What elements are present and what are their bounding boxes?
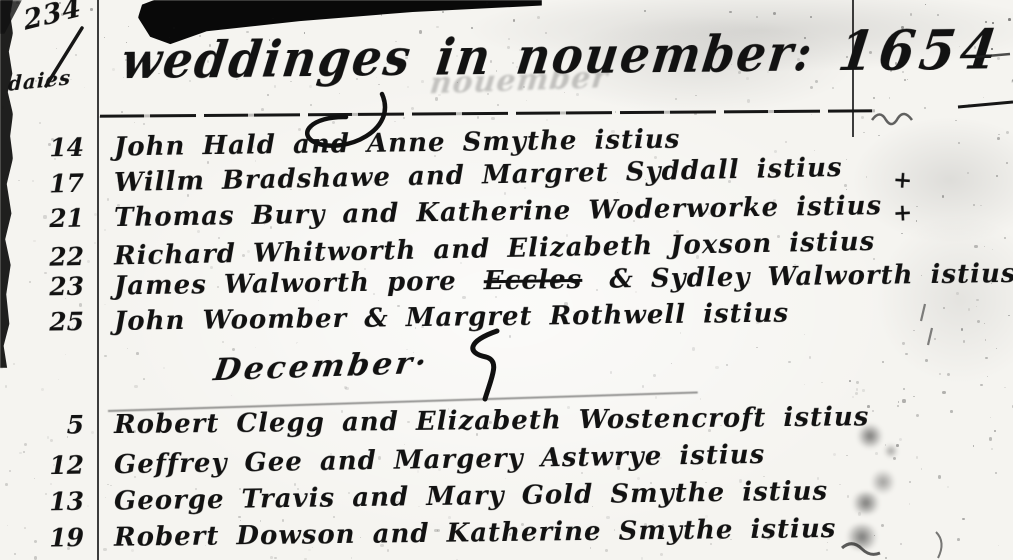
margin-smudge-squiggle xyxy=(872,114,912,124)
ink-tick-mark xyxy=(921,304,925,321)
pen-flourish-layer xyxy=(0,0,1013,560)
ink-tick-mark xyxy=(928,328,932,345)
register-scan-page: 234 daies nouember weddinges in nouember… xyxy=(0,0,1013,560)
bottom-ink-mark xyxy=(936,532,942,558)
header-descender-flourish xyxy=(307,94,385,146)
large-flourish-mark xyxy=(473,331,497,399)
right-rule-dash xyxy=(958,102,1013,107)
bottom-ink-curl xyxy=(842,544,880,555)
page-number-slash xyxy=(46,28,82,86)
corner-dash xyxy=(976,54,1010,57)
